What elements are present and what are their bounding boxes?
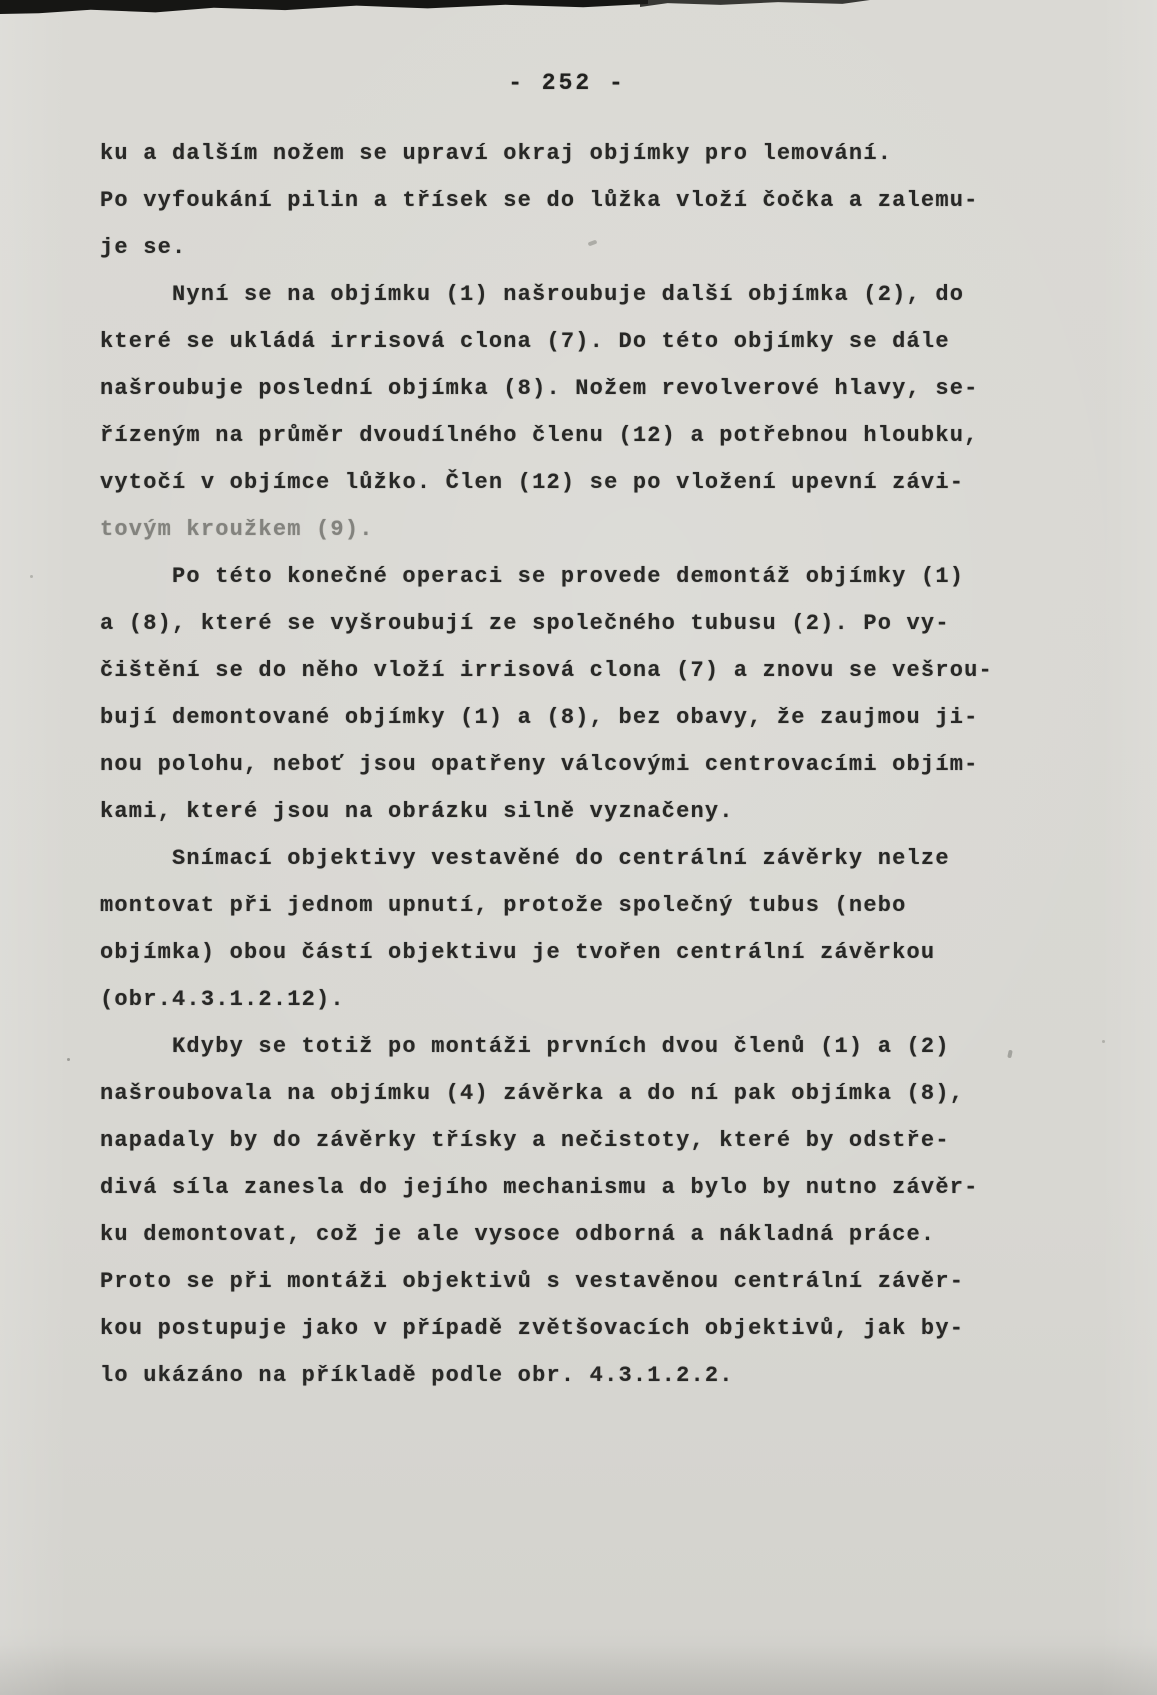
paper-speck [1102, 1040, 1105, 1043]
paper-speck [67, 1058, 70, 1061]
text-line: nou polohu, neboť jsou opatřeny válcovým… [100, 741, 1080, 788]
text-line: které se ukládá irrisová clona (7). Do t… [100, 318, 1080, 365]
scan-artifact-top-band [0, 0, 648, 14]
text-line: bují demontované objímky (1) a (8), bez … [100, 694, 1080, 741]
text-line: a (8), které se vyšroubují ze společného… [100, 600, 1080, 647]
text-line: Nyní se na objímku (1) našroubuje další … [100, 271, 1080, 318]
page-number: - 252 - [0, 70, 1134, 96]
paper-speck [30, 575, 33, 578]
text-line: tovým kroužkem (9). [100, 506, 1080, 553]
text-line: lo ukázáno na příkladě podle obr. 4.3.1.… [100, 1352, 1080, 1399]
text-line: čištění se do něho vloží irrisová clona … [100, 647, 1080, 694]
text-line: divá síla zanesla do jejího mechanismu a… [100, 1164, 1080, 1211]
text-line: kou postupuje jako v případě zvětšovacíc… [100, 1305, 1080, 1352]
text-line: řízeným na průměr dvoudílného členu (12)… [100, 412, 1080, 459]
text-line: Po této konečné operaci se provede demon… [100, 553, 1080, 600]
scan-artifact-top-band-right [640, 0, 870, 7]
text-line: vytočí v objímce lůžko. Člen (12) se po … [100, 459, 1080, 506]
text-line: objímka) obou částí objektivu je tvořen … [100, 929, 1080, 976]
text-line: našroubovala na objímku (4) závěrka a do… [100, 1070, 1080, 1117]
text-line: Proto se při montáži objektivů s vestavě… [100, 1258, 1080, 1305]
text-line: Snímací objektivy vestavěné do centrální… [100, 835, 1080, 882]
text-line: Kdyby se totiž po montáži prvních dvou č… [100, 1023, 1080, 1070]
text-line: ku a dalším nožem se upraví okraj objímk… [100, 130, 1080, 177]
text-line: napadaly by do závěrky třísky a nečistot… [100, 1117, 1080, 1164]
text-line: kami, které jsou na obrázku silně vyznač… [100, 788, 1080, 835]
text-line: (obr.4.3.1.2.12). [100, 976, 1080, 1023]
text-line: našroubuje poslední objímka (8). Nožem r… [100, 365, 1080, 412]
text-line: je se. [100, 224, 1080, 271]
text-line: ku demontovat, což je ale vysoce odborná… [100, 1211, 1080, 1258]
text-line: montovat při jednom upnutí, protože spol… [100, 882, 1080, 929]
scanned-page: - 252 - ku a dalším nožem se upraví okra… [0, 0, 1157, 1695]
text-line: Po vyfoukání pilin a třísek se do lůžka … [100, 177, 1080, 224]
body-text: ku a dalším nožem se upraví okraj objímk… [100, 130, 1080, 1399]
